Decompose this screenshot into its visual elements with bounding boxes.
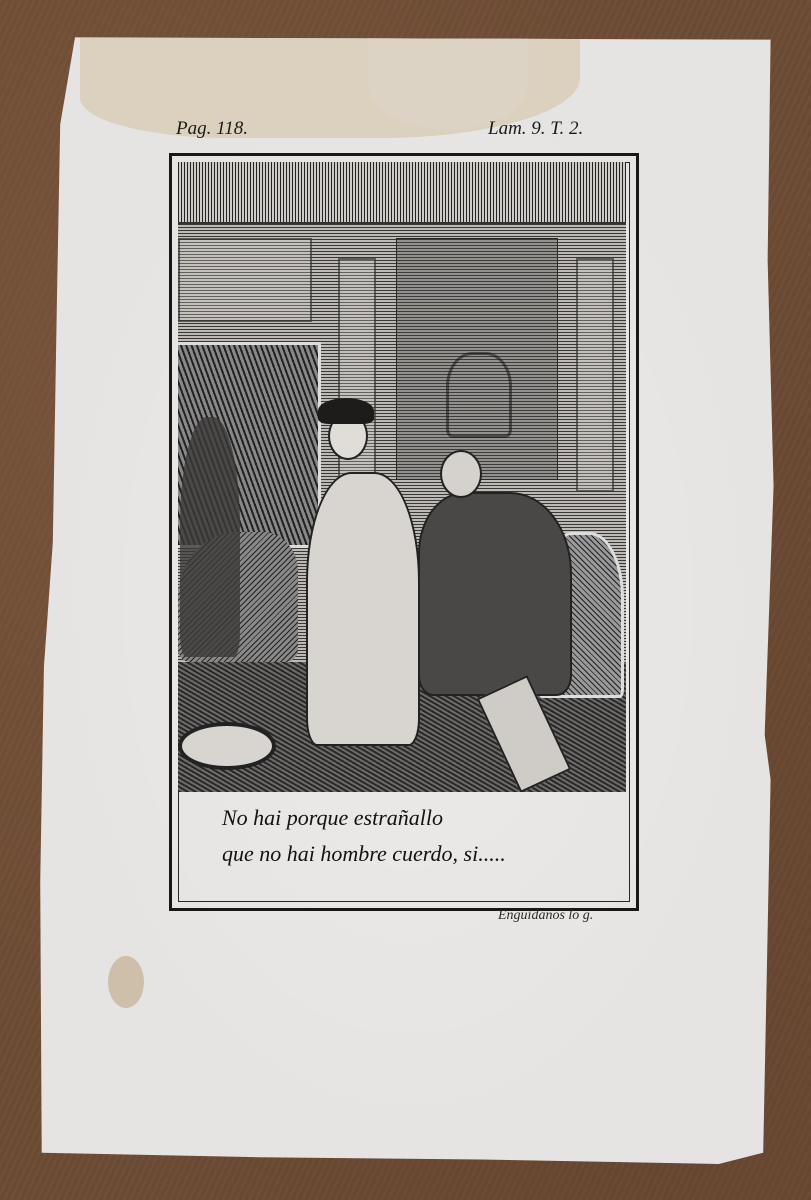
caption: No hai porque estrañallo que no hai homb…	[178, 800, 626, 872]
engraver-signature: Enguidanos lo g.	[498, 908, 593, 924]
ceiling-cornice	[178, 162, 626, 224]
overdoor-relief	[178, 238, 312, 322]
caption-line-2: que no hai hombre cuerdo, si.....	[178, 836, 626, 872]
caption-line-1: No hai porque estrañallo	[178, 800, 626, 836]
veiled-servant-figure	[180, 417, 240, 657]
wall-pilaster-right	[576, 258, 614, 492]
gentleman-figure	[418, 492, 572, 696]
water-stain-top-light	[368, 38, 528, 130]
paper-sheet: Pag. 118. Lam. 9. T. 2. No hai porque es…	[38, 34, 778, 1164]
lady-figure	[306, 472, 420, 746]
feathered-hat	[318, 398, 374, 424]
urn-ornament	[446, 352, 512, 438]
page-reference: Pag. 118.	[176, 118, 248, 140]
dish-on-floor	[178, 722, 276, 770]
gentleman-head	[440, 450, 482, 498]
plate-reference: Lam. 9. T. 2.	[488, 118, 583, 140]
engraving-image	[178, 162, 626, 792]
foxing-spot	[108, 956, 144, 1008]
plate-frame: No hai porque estrañallo que no hai homb…	[169, 153, 639, 911]
